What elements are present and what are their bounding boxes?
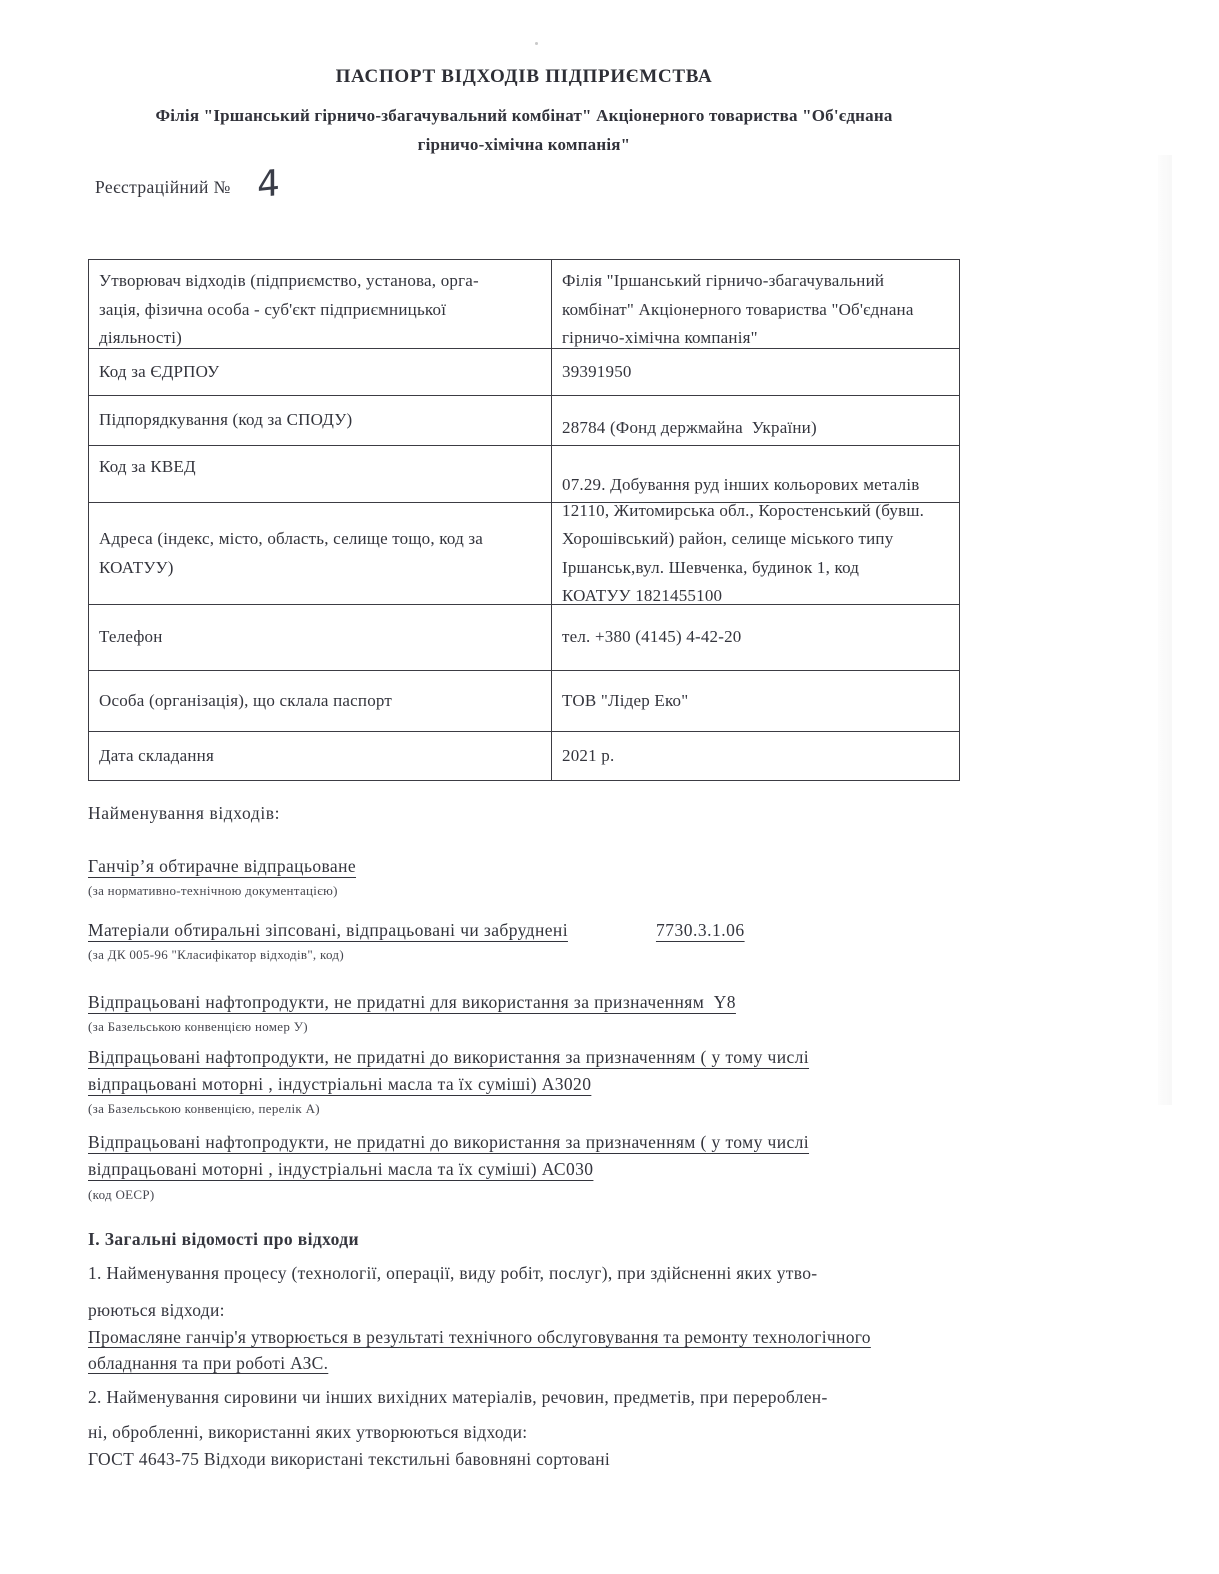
table-value: 12110, Житомирська обл., Коростенський (… xyxy=(552,502,959,604)
table-label: Дата складання xyxy=(89,731,552,780)
table-label: Телефон xyxy=(89,604,552,670)
waste-entry-text: Відпрацьовані нафтопродукти, не придатні… xyxy=(88,989,960,1016)
table-label: Код за ЄДРПОУ xyxy=(89,348,552,395)
table-label: Утворювач відходів (підприємство, устано… xyxy=(89,260,552,348)
table-value: 28784 (Фонд держмайна України) xyxy=(552,395,959,445)
registration-line: Реєстраційний № 4 xyxy=(88,177,960,203)
table-value: 2021 р. xyxy=(552,731,959,780)
waste-entry-ntd: Ганчір’я обтирачне відпрацьоване (за нор… xyxy=(88,853,960,899)
document-page: ПАСПОРТ ВІДХОДІВ ПІДПРИЄМСТВА Філія "Ірш… xyxy=(0,0,1219,1574)
registration-label: Реєстраційний № xyxy=(95,177,231,198)
waste-entry-note: (за Базельською конвенцією номер У) xyxy=(88,1019,960,1035)
table-value: 39391950 xyxy=(552,348,959,395)
section1-item1-line1: 1. Найменування процесу (технології, опе… xyxy=(88,1260,960,1287)
company-subtitle: Філія "Іршанський гірничо-збагачувальний… xyxy=(88,101,960,159)
section1-item2-line2: ні, обробленні, використанні яких утворю… xyxy=(88,1419,960,1446)
section1-item2-line1: 2. Найменування сировини чи інших вихідн… xyxy=(88,1384,960,1411)
table-value: тел. +380 (4145) 4-42-20 xyxy=(552,604,959,670)
document-content: ПАСПОРТ ВІДХОДІВ ПІДПРИЄМСТВА Філія "Ірш… xyxy=(88,0,960,1473)
section1-item1-line2: рюються відходи: xyxy=(88,1297,960,1324)
waste-entry-text: Ганчір’я обтирачне відпрацьоване xyxy=(88,853,960,880)
section1-item2-answer: ГОСТ 4643-75 Відходи використані текстил… xyxy=(88,1446,960,1473)
table-value: 07.29. Добування руд інших кольорових ме… xyxy=(552,445,959,502)
waste-entry-text: Матеріали обтиральні зіпсовані, відпраць… xyxy=(88,917,568,944)
section1-item1-answer: Промасляне ганчір'я утворюється в резуль… xyxy=(88,1324,960,1376)
waste-entry-row: Матеріали обтиральні зіпсовані, відпраць… xyxy=(88,917,960,944)
waste-entry-note: (за Базельською конвенцією, перелік А) xyxy=(88,1101,960,1117)
scan-edge-artifact xyxy=(1158,155,1172,1105)
waste-entry-basel-y: Відпрацьовані нафтопродукти, не придатні… xyxy=(88,989,960,1035)
waste-naming-heading: Найменування відходів: xyxy=(88,803,960,824)
waste-entry-text: Відпрацьовані нафтопродукти, не придатні… xyxy=(88,1044,960,1098)
table-label: Особа (організація), що склала паспорт xyxy=(89,670,552,731)
table-label: Підпорядкування (код за СПОДУ) xyxy=(89,395,552,445)
registration-number-handwritten: 4 xyxy=(257,166,280,205)
document-title: ПАСПОРТ ВІДХОДІВ ПІДПРИЄМСТВА xyxy=(88,66,960,88)
table-label: Код за КВЕД xyxy=(89,445,552,502)
table-value: ТОВ "Лідер Еко" xyxy=(552,670,959,731)
waste-entry-oecd: Відпрацьовані нафтопродукти, не придатні… xyxy=(88,1129,960,1203)
waste-entry-basel-a: Відпрацьовані нафтопродукти, не придатні… xyxy=(88,1044,960,1117)
waste-code: 7730.3.1.06 xyxy=(656,920,745,941)
waste-entry-note: (код ОЕСР) xyxy=(88,1187,960,1203)
waste-entry-note: (за ДК 005-96 "Класифікатор відходів", к… xyxy=(88,947,960,963)
waste-entry-note: (за нормативно-технічною документацією) xyxy=(88,883,960,899)
table-label: Адреса (індекс, місто, область, селище т… xyxy=(89,502,552,604)
table-value: Філія "Іршанський гірничо-збагачувальний… xyxy=(552,260,959,348)
waste-entry-dk005: Матеріали обтиральні зіпсовані, відпраць… xyxy=(88,917,960,963)
section1-heading: І. Загальні відомості про відходи xyxy=(88,1229,960,1250)
waste-entry-text: Відпрацьовані нафтопродукти, не придатні… xyxy=(88,1129,960,1183)
enterprise-info-table: Утворювач відходів (підприємство, устано… xyxy=(88,259,960,781)
